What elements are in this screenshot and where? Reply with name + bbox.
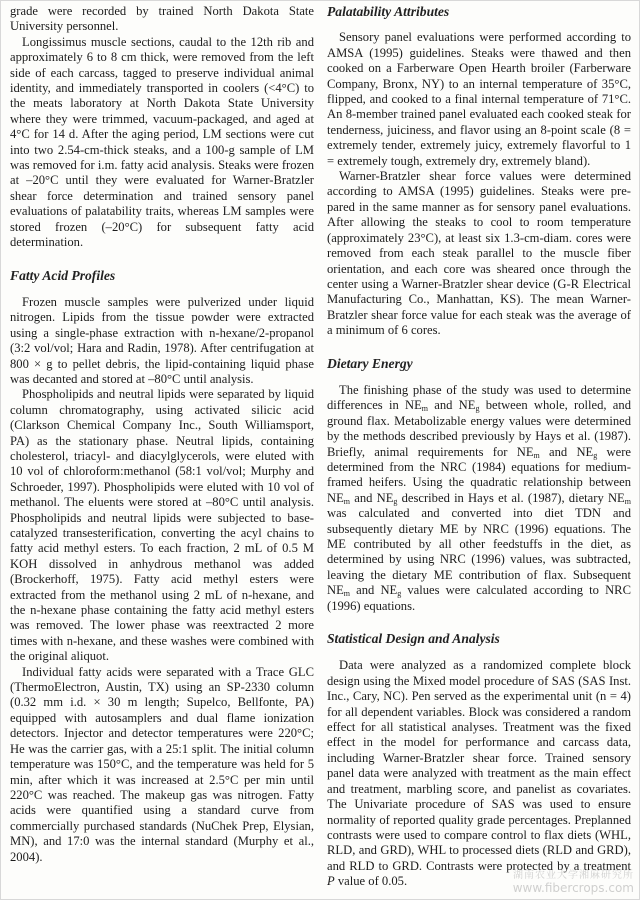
text-run: Data were analyzed as a randomized compl… xyxy=(327,658,631,872)
heading-palatability-attributes: Palatability Attributes xyxy=(327,4,631,19)
document-page: grade were recorded by trained North Dak… xyxy=(0,0,640,900)
left-column: grade were recorded by trained North Dak… xyxy=(10,4,314,865)
paragraph-dietary-energy: The finishing phase of the study was use… xyxy=(327,383,631,614)
paragraph-glc-separation: Individual fatty acids were separated wi… xyxy=(10,665,314,865)
text-run: and NE xyxy=(428,398,475,412)
heading-statistical-design: Statistical Design and Analysis xyxy=(327,631,631,646)
text-run: and NE xyxy=(540,445,594,459)
paragraph-sensory-panel: Sensory panel evaluations were performed… xyxy=(327,30,631,169)
text-run: described in Hays et al. (1987), dietary… xyxy=(397,491,624,505)
heading-dietary-energy: Dietary Energy xyxy=(327,356,631,371)
text-run: value of 0.05. xyxy=(335,874,407,888)
text-run: and NE xyxy=(350,583,397,597)
paragraph-lipid-extraction: Frozen muscle samples were pulverized un… xyxy=(10,295,314,387)
subscript-m: m xyxy=(625,497,631,506)
text-run: and NE xyxy=(350,491,393,505)
paragraph-shear-force: Warner-Bratzler shear force values were … xyxy=(327,169,631,338)
heading-fatty-acid-profiles: Fatty Acid Profiles xyxy=(10,268,314,283)
paragraph-quality-grade: grade were recorded by trained North Dak… xyxy=(10,4,314,35)
paragraph-longissimus-sections: Longissimus muscle sections, caudal to t… xyxy=(10,35,314,251)
right-column: Palatability Attributes Sensory panel ev… xyxy=(327,4,631,890)
paragraph-chromatography: Phospholipids and neutral lipids were se… xyxy=(10,387,314,664)
italic-p-symbol: P xyxy=(327,874,335,888)
watermark-url: www.fibercrops.com xyxy=(513,882,634,895)
watermark: 湖南农业大学湘麻研究所 www.fibercrops.com xyxy=(513,869,634,895)
paragraph-statistical-analysis: Data were analyzed as a randomized compl… xyxy=(327,658,631,889)
